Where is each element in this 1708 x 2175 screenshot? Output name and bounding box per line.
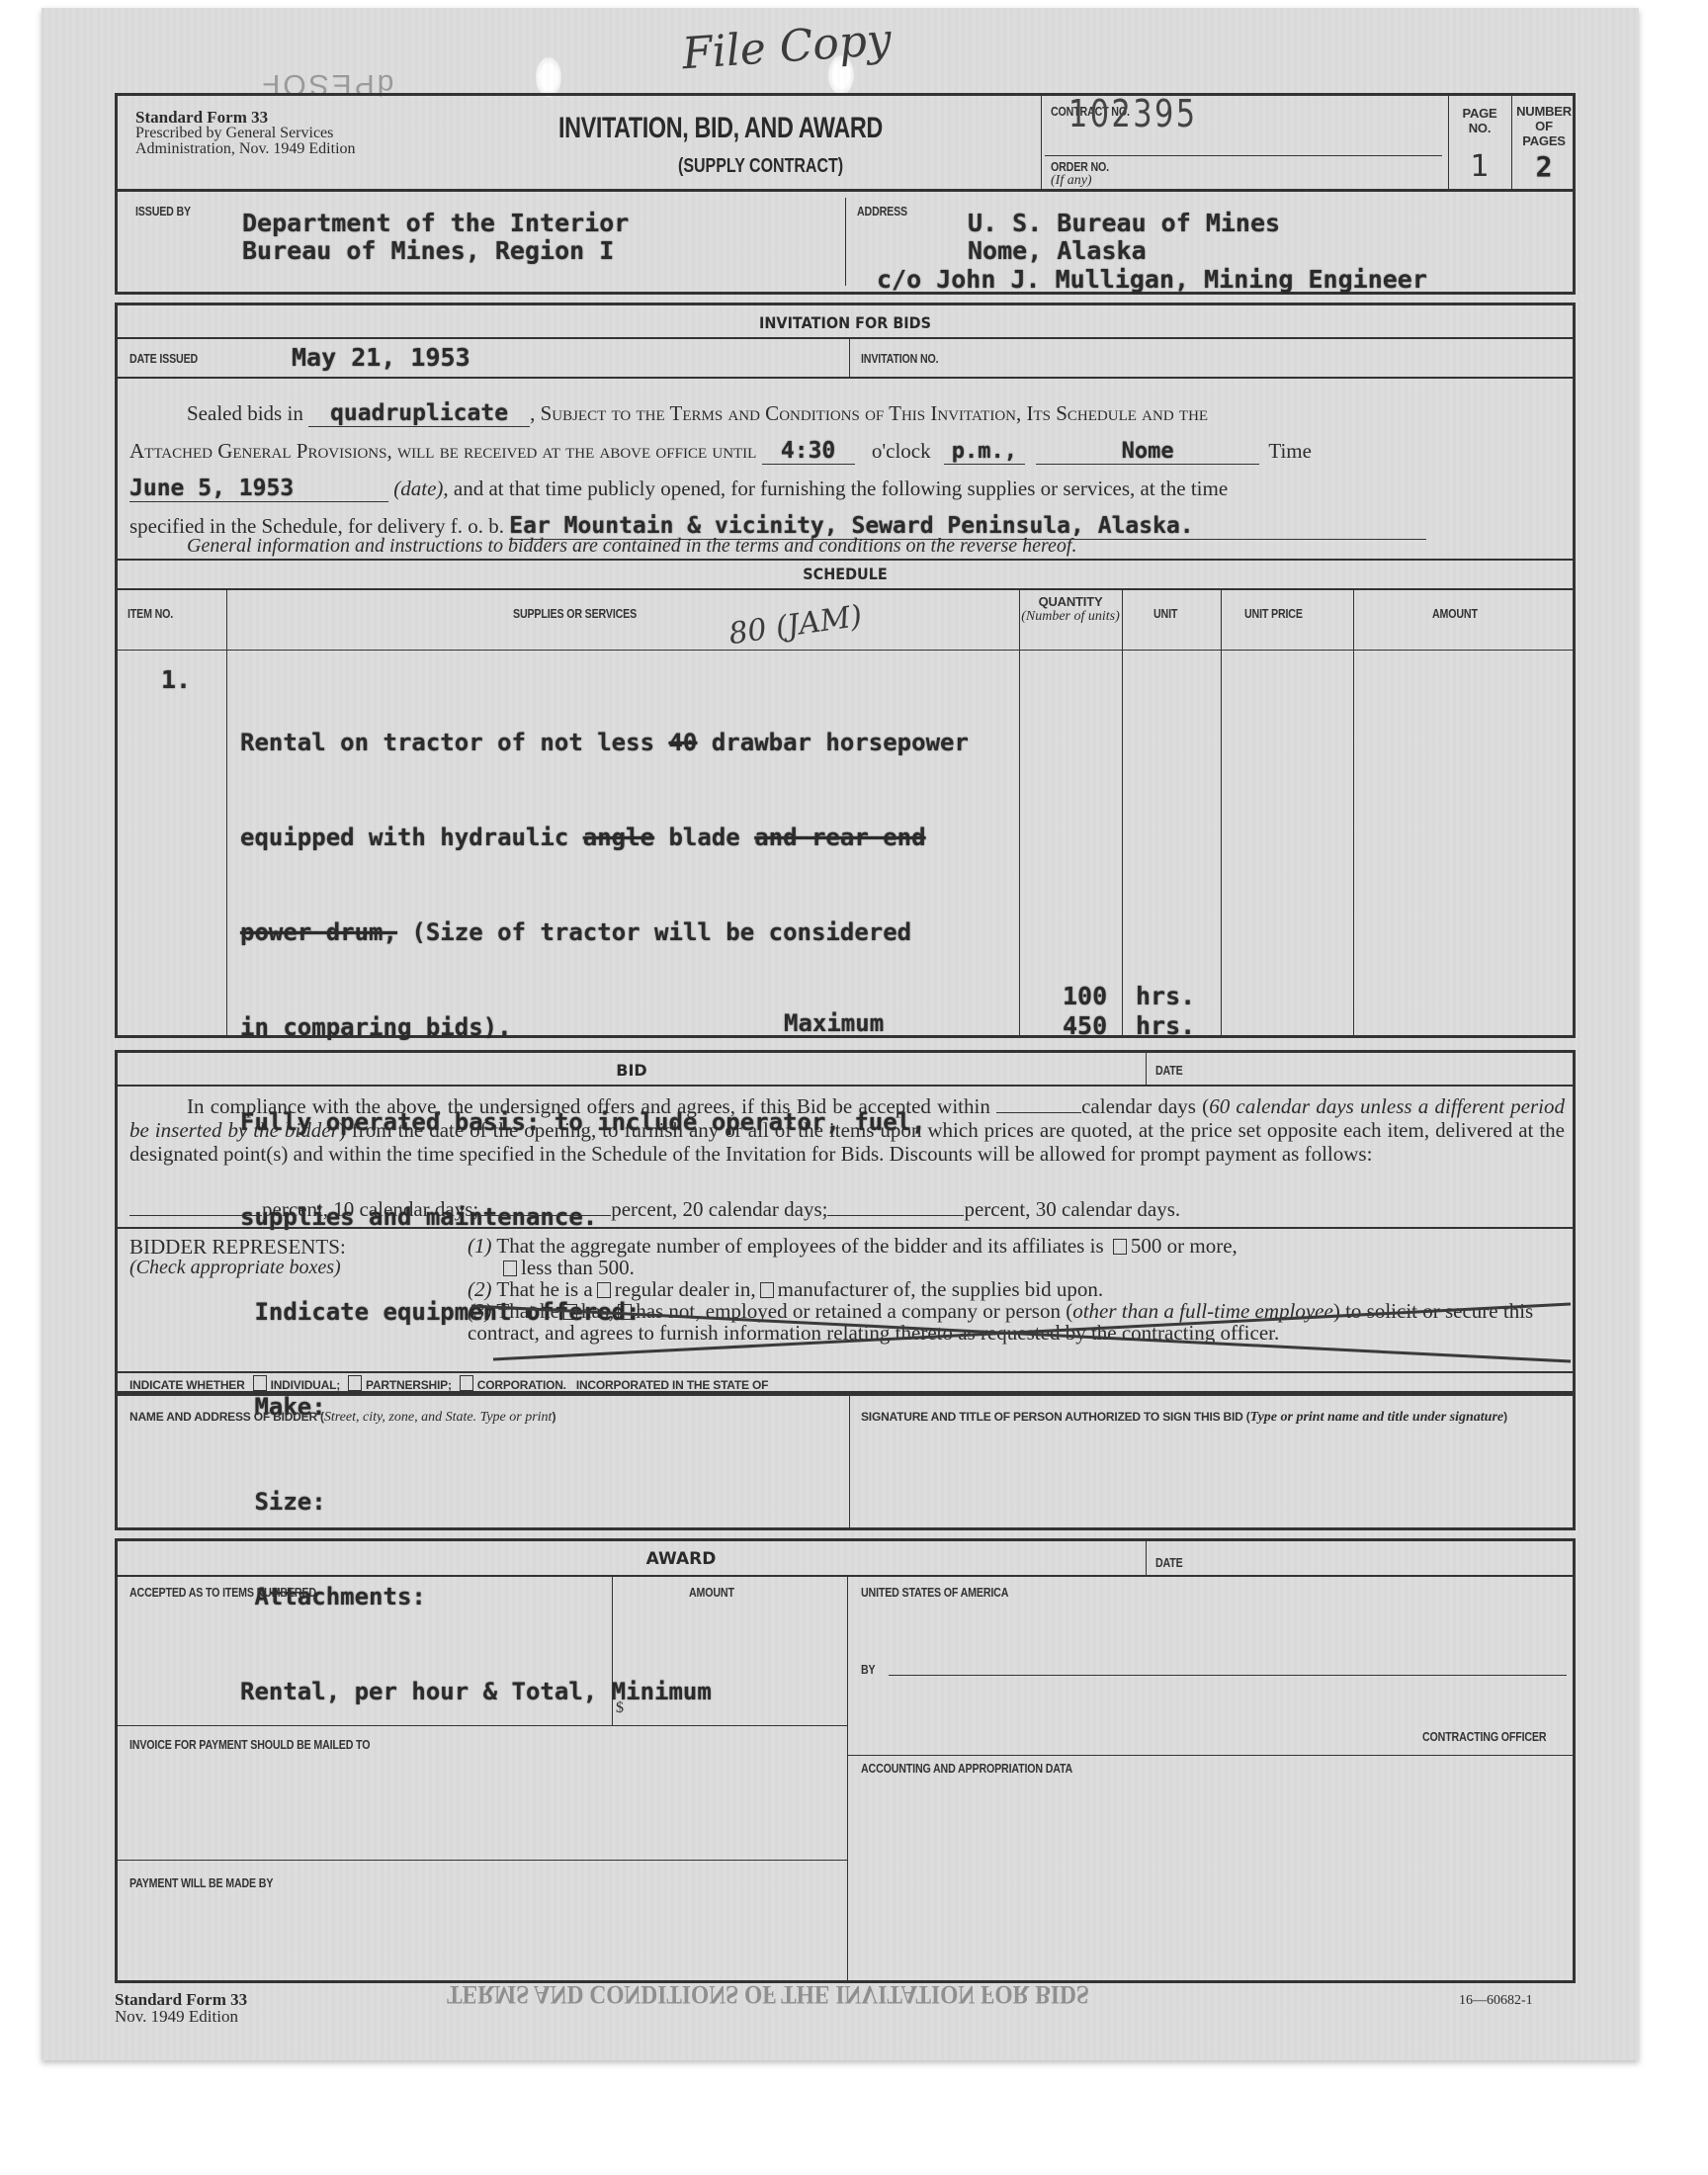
handwritten-hp-correction: 80 (JAM) (726, 599, 864, 652)
invitation-section: INVITATION FOR BIDS DATE ISSUED May 21, … (115, 303, 1576, 1038)
unit-price-cell[interactable] (1225, 652, 1351, 1037)
name-address-field[interactable]: NAME AND ADDRESS OF BIDDER (Street, city… (129, 1408, 831, 1526)
invitation-no-label: INVITATION NO. (861, 351, 938, 366)
number-of-pages-value: 2 (1511, 150, 1577, 183)
invitation-no-value[interactable] (1007, 345, 1561, 369)
issuer-line: Department of the Interior (242, 210, 629, 237)
bleed-through-heading: TERMS AND CONDITIONS OF THE INVITATION F… (447, 1979, 1089, 2009)
amount-dollar-sign: $ (616, 1699, 624, 1717)
time-field[interactable]: 4:30 (762, 438, 855, 465)
desc-line-1: Rental on tractor of not less 40 drawbar… (240, 727, 969, 758)
ampm-field[interactable]: p.m., (944, 439, 1025, 465)
by-label: BY (861, 1662, 875, 1677)
header-box: Standard Form 33 Prescribed by General S… (115, 93, 1576, 192)
address-label: ADDRESS (857, 204, 907, 218)
address-line: Nome, Alaska (968, 237, 1280, 265)
address-line: U. S. Bureau of Mines (968, 210, 1280, 237)
print-code: 16—60682-1 (1459, 1993, 1533, 2009)
invitation-section-title: INVITATION FOR BIDS (191, 313, 1500, 332)
payment-label: PAYMENT WILL BE MADE BY (129, 1875, 273, 1890)
unit-max: hrs. (1136, 1011, 1195, 1041)
accepted-items-label: ACCEPTED AS TO ITEMS NUMBERED (129, 1585, 316, 1600)
schedule-title: SCHEDULE (191, 565, 1500, 583)
signature-field[interactable]: SIGNATURE AND TITLE OF PERSON AUTHORIZED… (861, 1408, 1569, 1526)
text-oclock: o'clock (872, 439, 931, 463)
checkbox-individual[interactable] (253, 1375, 267, 1391)
order-no-sublabel: (If any) (1051, 173, 1092, 189)
text-date: (date) (393, 477, 443, 500)
desc-line-2: equipped with hydraulic angle blade and … (240, 822, 969, 853)
col-supplies: SUPPLIES OR SERVICES (513, 606, 637, 621)
general-info-note: General information and instructions to … (187, 535, 1076, 558)
issuer-line: Bureau of Mines, Region I (242, 237, 629, 265)
form-title: INVITATION, BID, AND AWARD (558, 112, 883, 145)
text-subject: , Subject to the Terms and Conditions of… (530, 401, 1208, 425)
contracting-officer-label: CONTRACTING OFFICER (1422, 1729, 1546, 1744)
text-opened: , and at that time publicly opened, for … (443, 477, 1228, 500)
col-quantity: QUANTITY (1039, 594, 1103, 609)
footer-form-line: Standard Form 33 (115, 1991, 247, 2008)
award-section: AWARD DATE ACCEPTED AS TO ITEMS NUMBERED… (115, 1538, 1576, 1983)
order-no-label: ORDER NO. (1051, 159, 1109, 174)
amount-label: AMOUNT (689, 1585, 734, 1600)
checkbox-partnership[interactable] (348, 1375, 362, 1391)
col-quantity-sub: (Number of units) (1019, 609, 1122, 624)
issuer-box: ISSUED BY Department of the Interior Bur… (115, 192, 1576, 295)
text-attached: Attached General Provisions, will be rec… (129, 439, 756, 463)
form-id-line: Administration, Nov. 1949 Edition (135, 141, 356, 157)
unit-min: hrs. (1136, 982, 1195, 1011)
date-issued-value: May 21, 1953 (292, 343, 470, 372)
item-number: 1. (161, 665, 191, 694)
contracting-officer-signature-line[interactable] (889, 1672, 1567, 1676)
indicate-label: INDICATE WHETHER (129, 1378, 245, 1392)
contract-no-value: 102395 (1068, 92, 1197, 135)
clause-3-cross-out (118, 1053, 1579, 1397)
text-time: Time (1268, 439, 1312, 463)
usa-label: UNITED STATES OF AMERICA (861, 1585, 1008, 1600)
desc-line-12: Maximum (784, 1009, 884, 1037)
copies-field[interactable]: quadruplicate (308, 400, 530, 427)
accounting-label: ACCOUNTING AND APPROPRIATION DATA (861, 1761, 1072, 1776)
form-id-line: Standard Form 33 (135, 110, 356, 126)
punch-hole (536, 57, 561, 97)
address-line: c/o John J. Mulligan, Mining Engineer (877, 265, 1427, 294)
opening-date-field[interactable]: June 5, 1953 (129, 476, 388, 502)
quantity-max: 450 (1063, 1011, 1107, 1041)
col-item-no: ITEM NO. (128, 606, 173, 621)
form-subtitle: (SUPPLY CONTRACT) (678, 155, 843, 178)
time-zone-field[interactable]: Nome (1036, 439, 1259, 465)
amount-cell[interactable] (1357, 652, 1575, 1037)
incorporated-label: INCORPORATED IN THE STATE OF (576, 1378, 768, 1392)
invoice-label: INVOICE FOR PAYMENT SHOULD BE MAILED TO (129, 1737, 370, 1752)
checkbox-corporation[interactable] (460, 1375, 473, 1391)
bidder-info-section: NAME AND ADDRESS OF BIDDER (Street, city… (115, 1394, 1576, 1530)
bid-section: BID DATE In compliance with the above, t… (115, 1050, 1576, 1394)
text-sealed-bids: Sealed bids in (187, 401, 303, 425)
footer-form-line: Nov. 1949 Edition (115, 2008, 247, 2025)
quantity-min: 100 (1063, 982, 1107, 1011)
col-unit: UNIT (1153, 606, 1177, 621)
issued-by-label: ISSUED BY (135, 204, 191, 218)
award-date-label: DATE (1155, 1555, 1183, 1570)
date-issued-label: DATE ISSUED (129, 351, 198, 366)
page-no-label: PAGE NO. (1450, 106, 1509, 135)
col-amount: AMOUNT (1432, 606, 1478, 621)
page-no-value: 1 (1448, 149, 1511, 184)
form-id-line: Prescribed by General Services (135, 126, 356, 141)
desc-line-3: power drum, (Size of tractor will be con… (240, 916, 969, 948)
number-of-pages-label: NUMBER OF PAGES (1513, 104, 1575, 148)
award-title: AWARD (118, 1549, 1244, 1569)
col-unit-price: UNIT PRICE (1244, 606, 1303, 621)
